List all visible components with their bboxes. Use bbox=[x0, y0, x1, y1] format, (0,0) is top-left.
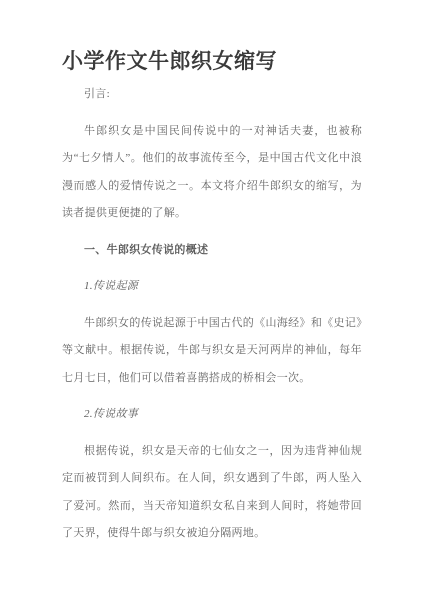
subheading-legend-origin: 1.传说起源 bbox=[62, 273, 362, 301]
document-title: 小学作文牛郎织女缩写 bbox=[62, 48, 362, 75]
paragraph-legend-origin: 牛郎织女的传说起源于中国古代的《山海经》和《史记》等文献中。根据传说，牛郎与织女… bbox=[62, 310, 362, 393]
intro-label: 引言: bbox=[62, 81, 362, 109]
intro-paragraph: 牛郎织女是中国民间传说中的一对神话夫妻，也被称为“七夕情人”。他们的故事流传至今… bbox=[62, 118, 362, 228]
subheading-legend-story: 2.传说故事 bbox=[62, 401, 362, 429]
document-page: 小学作文牛郎织女缩写 引言: 牛郎织女是中国民间传说中的一对神话夫妻，也被称为“… bbox=[0, 0, 424, 600]
paragraph-legend-story: 根据传说，织女是天帝的七仙女之一，因为违背神仙规定而被罚到人间织布。在人间，织女… bbox=[62, 438, 362, 548]
section-heading-overview: 一、牛郎织女传说的概述 bbox=[62, 237, 362, 265]
